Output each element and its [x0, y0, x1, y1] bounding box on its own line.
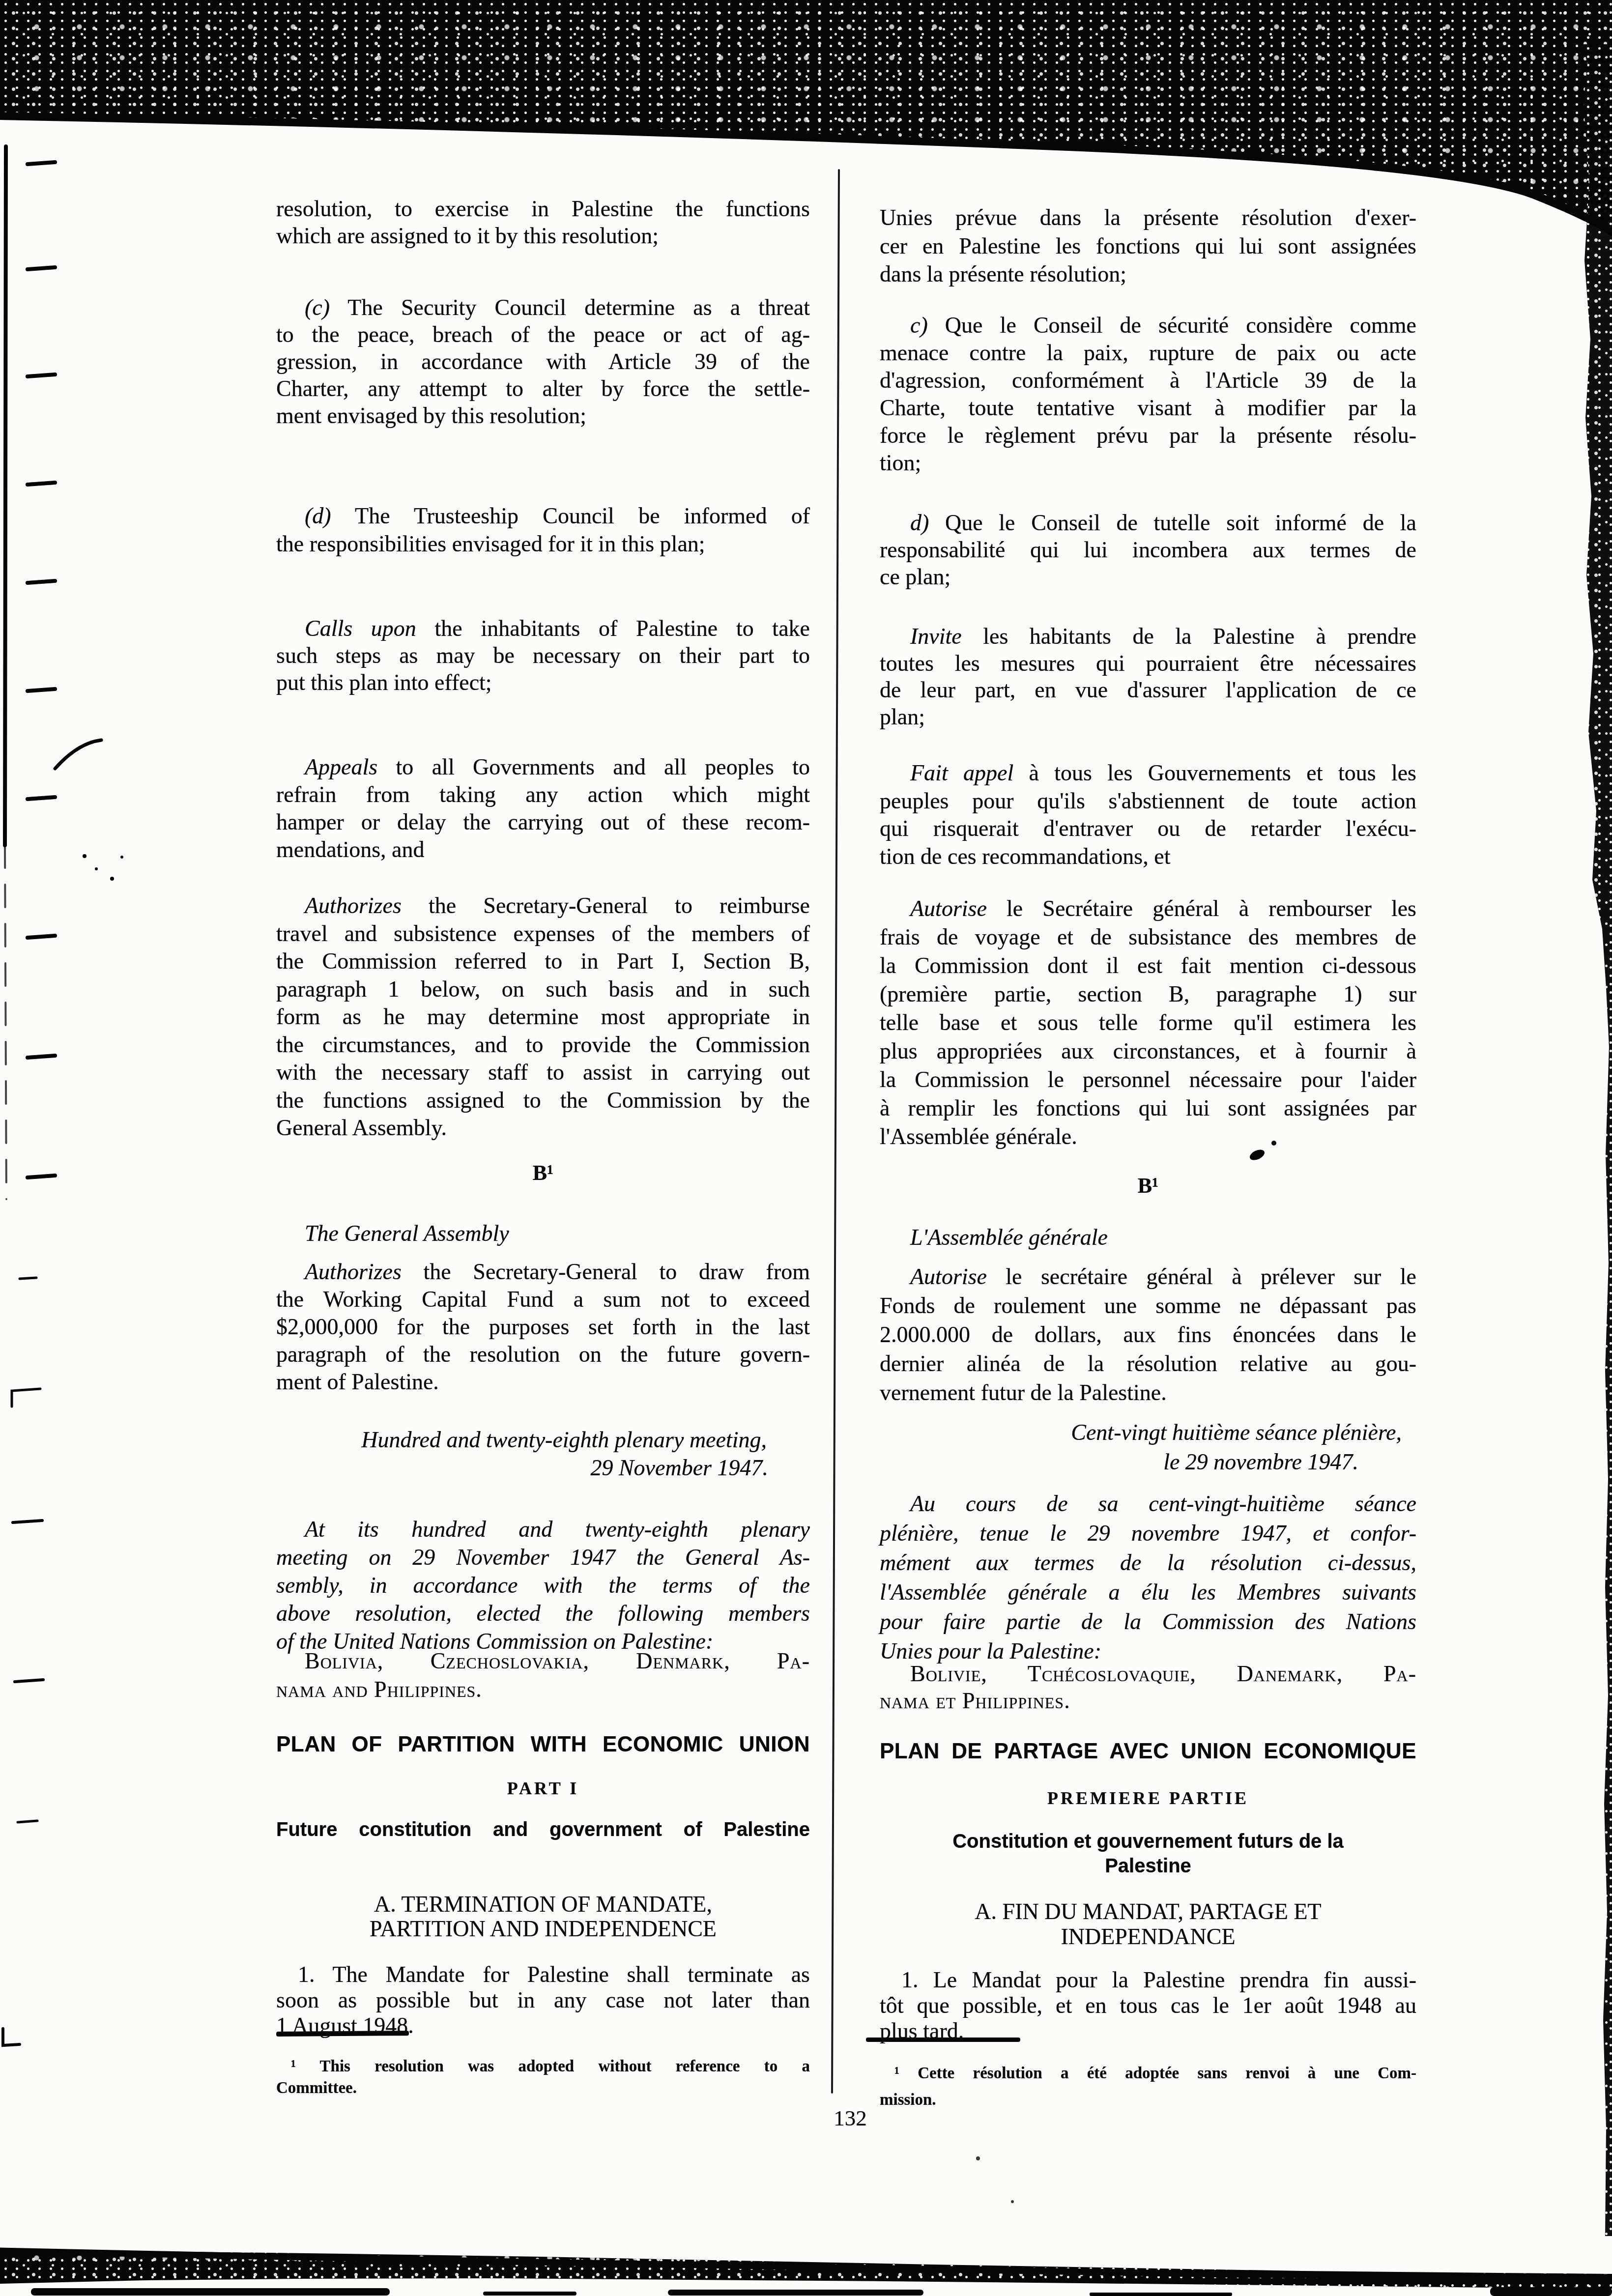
text-line: ¹ This resolution was adopted without re…: [276, 2056, 810, 2077]
text-line: Hundred and twenty-eighth plenary meetin…: [276, 1426, 810, 1454]
para-d-trusteeship: (d) The Trusteeship Council be informed …: [276, 502, 810, 558]
text-line: A. FIN DU MANDAT, PARTAGE ET: [880, 1899, 1416, 1924]
text-line: A. TERMINATION OF MANDATE,: [276, 1892, 810, 1917]
text-line: B¹: [276, 1161, 810, 1185]
text-line: PLAN DE PARTAGE AVEC UNION ECONOMIQUE: [880, 1739, 1416, 1764]
heading-plan-of-partition: PLAN OF PARTITION WITH ECONOMIC UNION: [276, 1732, 810, 1757]
left-edge-line: [5, 146, 6, 845]
footnote-fr: ¹ Cette résolution a été adoptée sans re…: [880, 2060, 1416, 2113]
text-line: plan;: [880, 704, 1416, 731]
text-line: responsabilité qui lui incombera aux ter…: [880, 536, 1416, 563]
text-line: B¹: [880, 1174, 1416, 1198]
section-marker-b1: B¹: [276, 1161, 810, 1185]
margin-speckles: [83, 854, 123, 881]
italic-lead: (c): [305, 295, 330, 320]
italic-lead: Appeals: [305, 754, 377, 779]
text-line: sembly, in accordance with the terms of …: [276, 1571, 810, 1599]
text-line: Charte, toute tentative visant à modifie…: [880, 394, 1416, 422]
heading-future-constitution: Future constitution and government of Pa…: [276, 1818, 810, 1841]
text-line: Constitution et gouvernement futurs de l…: [880, 1829, 1416, 1854]
text-line: (c) The Security Council determine as a …: [276, 294, 810, 321]
heading-termination: A. TERMINATION OF MANDATE,PARTITION AND …: [276, 1892, 810, 1941]
text-line: $2,000,000 for the purposes set forth in…: [276, 1313, 810, 1341]
member-list-fr: Bolivie, Tchécoslovaquie, Danemark, Pa-n…: [880, 1660, 1416, 1714]
heading-part-1: PART I: [276, 1778, 810, 1799]
text-line: such steps as may be necessary on their …: [276, 642, 810, 669]
text-line: qui risquerait d'entraver ou de retarder…: [880, 815, 1416, 843]
text-line: plus appropriées aux circonstances, et à…: [880, 1037, 1416, 1065]
text-line: General Assembly.: [276, 1114, 810, 1142]
meeting-note-fr: Cent-vingt huitième séance plénière,le 2…: [880, 1418, 1416, 1477]
para-calls-upon: Calls upon the inhabitants of Palestine …: [276, 615, 810, 696]
text-line: Unies prévue dans la présente résolution…: [880, 203, 1416, 232]
text-line: above resolution, elected the following …: [276, 1599, 810, 1627]
text-line: meeting on 29 November 1947 the General …: [276, 1543, 810, 1571]
text-line: l'Assemblée générale a élu les Membres s…: [880, 1578, 1416, 1607]
italic-lead: c): [910, 313, 928, 338]
text-line: dernier alinéa de la résolution relative…: [880, 1349, 1416, 1378]
text-line: PARTITION AND INDEPENDENCE: [276, 1917, 810, 1941]
text-line: plénière, tenue le 29 novembre 1947, et …: [880, 1519, 1416, 1548]
text-line: la Commission dont il est fait mention c…: [880, 951, 1416, 980]
text-line: Authorizes the Secretary-General to reim…: [276, 892, 810, 920]
text-line: plus tard.: [880, 2018, 1416, 2044]
text-line: refrain from taking any action which mig…: [276, 781, 810, 808]
italic-lead: d): [910, 510, 929, 535]
para-election-note: At its hundred and twenty-eighth plenary…: [276, 1515, 810, 1655]
para-fait-appel: Fait appel à tous les Gouvernements et t…: [880, 759, 1416, 870]
text-line: the circumstances, and to provide the Co…: [276, 1031, 810, 1059]
text-line: vernement futur de la Palestine.: [880, 1378, 1416, 1407]
footnote: ¹ This resolution was adopted without re…: [276, 2056, 810, 2099]
text-line: ment of Palestine.: [276, 1368, 810, 1396]
text-line: Autorise le secrétaire général à préleve…: [880, 1262, 1416, 1291]
text-line: hamper or delay the carrying out of thes…: [276, 808, 810, 836]
heading-fin-du-mandat: A. FIN DU MANDAT, PARTAGE ETINDEPENDANCE: [880, 1899, 1416, 1949]
text-line: Au cours de sa cent-vingt-huitième séanc…: [880, 1489, 1416, 1519]
scan-band-bottom-edge: [0, 2251, 1612, 2277]
heading-assemblee-generale: L'Assemblée générale: [880, 1224, 1416, 1251]
text-line: Cent-vingt huitième séance plénière,: [880, 1418, 1416, 1447]
text-line: frais de voyage et de subsistance des me…: [880, 923, 1416, 951]
italic-lead: Autorise: [910, 896, 987, 921]
text-line: (première partie, section B, paragraphe …: [880, 980, 1416, 1008]
left-margin-hook: [12, 1389, 40, 1406]
text-line: PLAN OF PARTITION WITH ECONOMIC UNION: [276, 1732, 810, 1757]
text-line: INDEPENDANCE: [880, 1924, 1416, 1949]
text-line: Palestine: [880, 1854, 1416, 1878]
text-line: 1. Le Mandat pour la Palestine prendra f…: [880, 1967, 1416, 1993]
text-line: le 29 novembre 1947.: [880, 1447, 1416, 1477]
italic-lead: Autorise: [910, 1264, 987, 1289]
italic-lead: Fait appel: [910, 760, 1013, 785]
text-line: mément aux termes de la résolution ci-de…: [880, 1548, 1416, 1578]
text-line: resolution, to exercise in Palestine the…: [276, 195, 810, 222]
text-line: The General Assembly: [276, 1220, 810, 1247]
text-line: 2.000.000 de dollars, aux fins énoncées …: [880, 1320, 1416, 1349]
text-line: ¹ Cette résolution a été adoptée sans re…: [880, 2060, 1416, 2087]
para-appeals: Appeals to all Governments and all peopl…: [276, 753, 810, 863]
para-autorise-staff: Autorise le Secrétaire général à rembour…: [880, 894, 1416, 1151]
text-line: tion de ces recommandations, et: [880, 843, 1416, 871]
text-line: Fait appel à tous les Gouvernements et t…: [880, 759, 1416, 787]
text-line: à remplir les fonctions qui lui sont ass…: [880, 1094, 1416, 1122]
section-marker-b1-fr: B¹: [880, 1174, 1416, 1198]
text-line: PART I: [276, 1778, 810, 1799]
text-line: gression, in accordance with Article 39 …: [276, 348, 810, 375]
heading-premiere-partie: PREMIERE PARTIE: [880, 1788, 1416, 1808]
para-mandat-fr: 1. Le Mandat pour la Palestine prendra f…: [880, 1967, 1416, 2044]
para-resolution-continuation: resolution, to exercise in Palestine the…: [276, 195, 810, 249]
text-line: de leur part, en vue d'assurer l'applica…: [880, 677, 1416, 704]
bottom-edge-blobs: [31, 2287, 1612, 2296]
text-line: the Working Capital Fund a sum not to ex…: [276, 1286, 810, 1313]
text-line: the responsibilities envisaged for it in…: [276, 530, 810, 558]
heading-general-assembly: The General Assembly: [276, 1220, 810, 1247]
text-line: put this plan into effect;: [276, 669, 810, 696]
text-line: c) Que le Conseil de sécurité considère …: [880, 312, 1416, 339]
text-line: Bolivia, Czechoslovakia, Denmark, Pa-: [276, 1647, 810, 1675]
para-mandate-termination: 1. The Mandate for Palestine shall termi…: [276, 1962, 810, 2038]
text-line: 1 August 1948.: [276, 2013, 810, 2038]
text-line: Autorise le Secrétaire général à rembour…: [880, 894, 1416, 923]
member-list: Bolivia, Czechoslovakia, Denmark, Pa-nam…: [276, 1647, 810, 1704]
text-line: Calls upon the inhabitants of Palestine …: [276, 615, 810, 642]
text-line: the Commission referred to in Part I, Se…: [276, 947, 810, 976]
margin-swoosh: [55, 740, 101, 769]
text-line: ce plan;: [880, 563, 1416, 590]
meeting-note: Hundred and twenty-eighth plenary meetin…: [276, 1426, 810, 1482]
left-edge-line-faint: [5, 845, 6, 1199]
para-c-conseil-securite: c) Que le Conseil de sécurité considère …: [880, 312, 1416, 477]
text-line: the functions assigned to the Commission…: [276, 1087, 810, 1115]
text-line: Bolivie, Tchécoslovaquie, Danemark, Pa-: [880, 1660, 1416, 1687]
text-line: d) Que le Conseil de tutelle soit inform…: [880, 509, 1416, 536]
text-line: At its hundred and twenty-eighth plenary: [276, 1515, 810, 1543]
stray-dot-2: [1011, 2200, 1014, 2203]
italic-lead: Authorizes: [305, 893, 402, 918]
text-line: 1. The Mandate for Palestine shall termi…: [276, 1962, 810, 1987]
text-line: toutes les mesures qui pourraient être n…: [880, 650, 1416, 677]
text-line: to the peace, breach of the peace or act…: [276, 321, 810, 348]
text-line: l'Assemblée générale.: [880, 1122, 1416, 1151]
text-line: Fonds de roulement une somme ne dépassan…: [880, 1291, 1416, 1320]
text-line: dans la présente résolution;: [880, 260, 1416, 288]
text-line: cer en Palestine les fonctions qui lui s…: [880, 232, 1416, 260]
text-line: (d) The Trusteeship Council be informed …: [276, 502, 810, 530]
text-line: soon as possible but in any case not lat…: [276, 1987, 810, 2013]
text-line: telle base et sous telle forme qu'il est…: [880, 1008, 1416, 1037]
para-election-note-fr: Au cours de sa cent-vingt-huitième séanc…: [880, 1489, 1416, 1666]
text-line: pour faire partie de la Commission des N…: [880, 1607, 1416, 1636]
text-line: Charter, any attempt to alter by force t…: [276, 375, 810, 402]
italic-lead: Calls upon: [305, 616, 416, 641]
text-line: which are assigned to it by this resolut…: [276, 222, 810, 249]
italic-lead: Invite: [910, 624, 962, 649]
text-line: Invite les habitants de la Palestine à p…: [880, 623, 1416, 650]
text-line: d'agression, conformément à l'Article 39…: [880, 367, 1416, 394]
text-line: tion;: [880, 449, 1416, 477]
text-line: paragraph 1 below, on such basis and in …: [276, 976, 810, 1004]
text-line: peuples pour qu'ils s'abstiennent de tou…: [880, 787, 1416, 815]
text-line: travel and subsistence expenses of the m…: [276, 920, 810, 948]
stray-dot-1: [976, 2156, 980, 2160]
text-line: form as he may determine most appropriat…: [276, 1003, 810, 1031]
italic-lead: Authorizes: [305, 1259, 402, 1284]
para-authorizes-fund: Authorizes the Secretary-General to draw…: [276, 1258, 810, 1396]
text-line: force le règlement prévu par la présente…: [880, 422, 1416, 449]
para-authorizes-staff: Authorizes the Secretary-General to reim…: [276, 892, 810, 1142]
heading-constitution-fr: Constitution et gouvernement futurs de l…: [880, 1829, 1416, 1878]
text-line: PREMIERE PARTIE: [880, 1788, 1416, 1808]
text-line: mendations, and: [276, 836, 810, 863]
column-divider: [832, 170, 839, 2093]
text-line: L'Assemblée générale: [880, 1224, 1416, 1251]
text-line: with the necessary staff to assist in ca…: [276, 1059, 810, 1087]
text-line: paragraph of the resolution on the futur…: [276, 1341, 810, 1368]
para-c-security-council: (c) The Security Council determine as a …: [276, 294, 810, 429]
para-d-conseil-tutelle: d) Que le Conseil de tutelle soit inform…: [880, 509, 1416, 590]
para-unies-continuation: Unies prévue dans la présente résolution…: [880, 203, 1416, 288]
text-line: 29 November 1947.: [276, 1454, 810, 1482]
text-line: tôt que possible, et en tous cas le 1er …: [880, 1993, 1416, 2018]
left-margin-dashes: [13, 162, 55, 1822]
text-line: ment envisaged by this resolution;: [276, 402, 810, 429]
text-line: Authorizes the Secretary-General to draw…: [276, 1258, 810, 1286]
text-line: mission.: [880, 2087, 1416, 2113]
text-line: nama and Philippines.: [276, 1675, 810, 1704]
text-line: nama et Philippines.: [880, 1687, 1416, 1714]
italic-lead: (d): [305, 503, 331, 528]
text-line: Committee.: [276, 2077, 810, 2099]
heading-plan-de-partage: PLAN DE PARTAGE AVEC UNION ECONOMIQUE: [880, 1739, 1416, 1764]
para-invite: Invite les habitants de la Palestine à p…: [880, 623, 1416, 730]
text-line: Appeals to all Governments and all peopl…: [276, 753, 810, 781]
para-autorise-fonds: Autorise le secrétaire général à préleve…: [880, 1262, 1416, 1407]
text-line: Future constitution and government of Pa…: [276, 1818, 810, 1841]
text-line: menace contre la paix, rupture de paix o…: [880, 339, 1416, 367]
corner-mark-bottom-left: [3, 2029, 20, 2045]
text-line: la Commission le personnel nécessaire po…: [880, 1065, 1416, 1094]
